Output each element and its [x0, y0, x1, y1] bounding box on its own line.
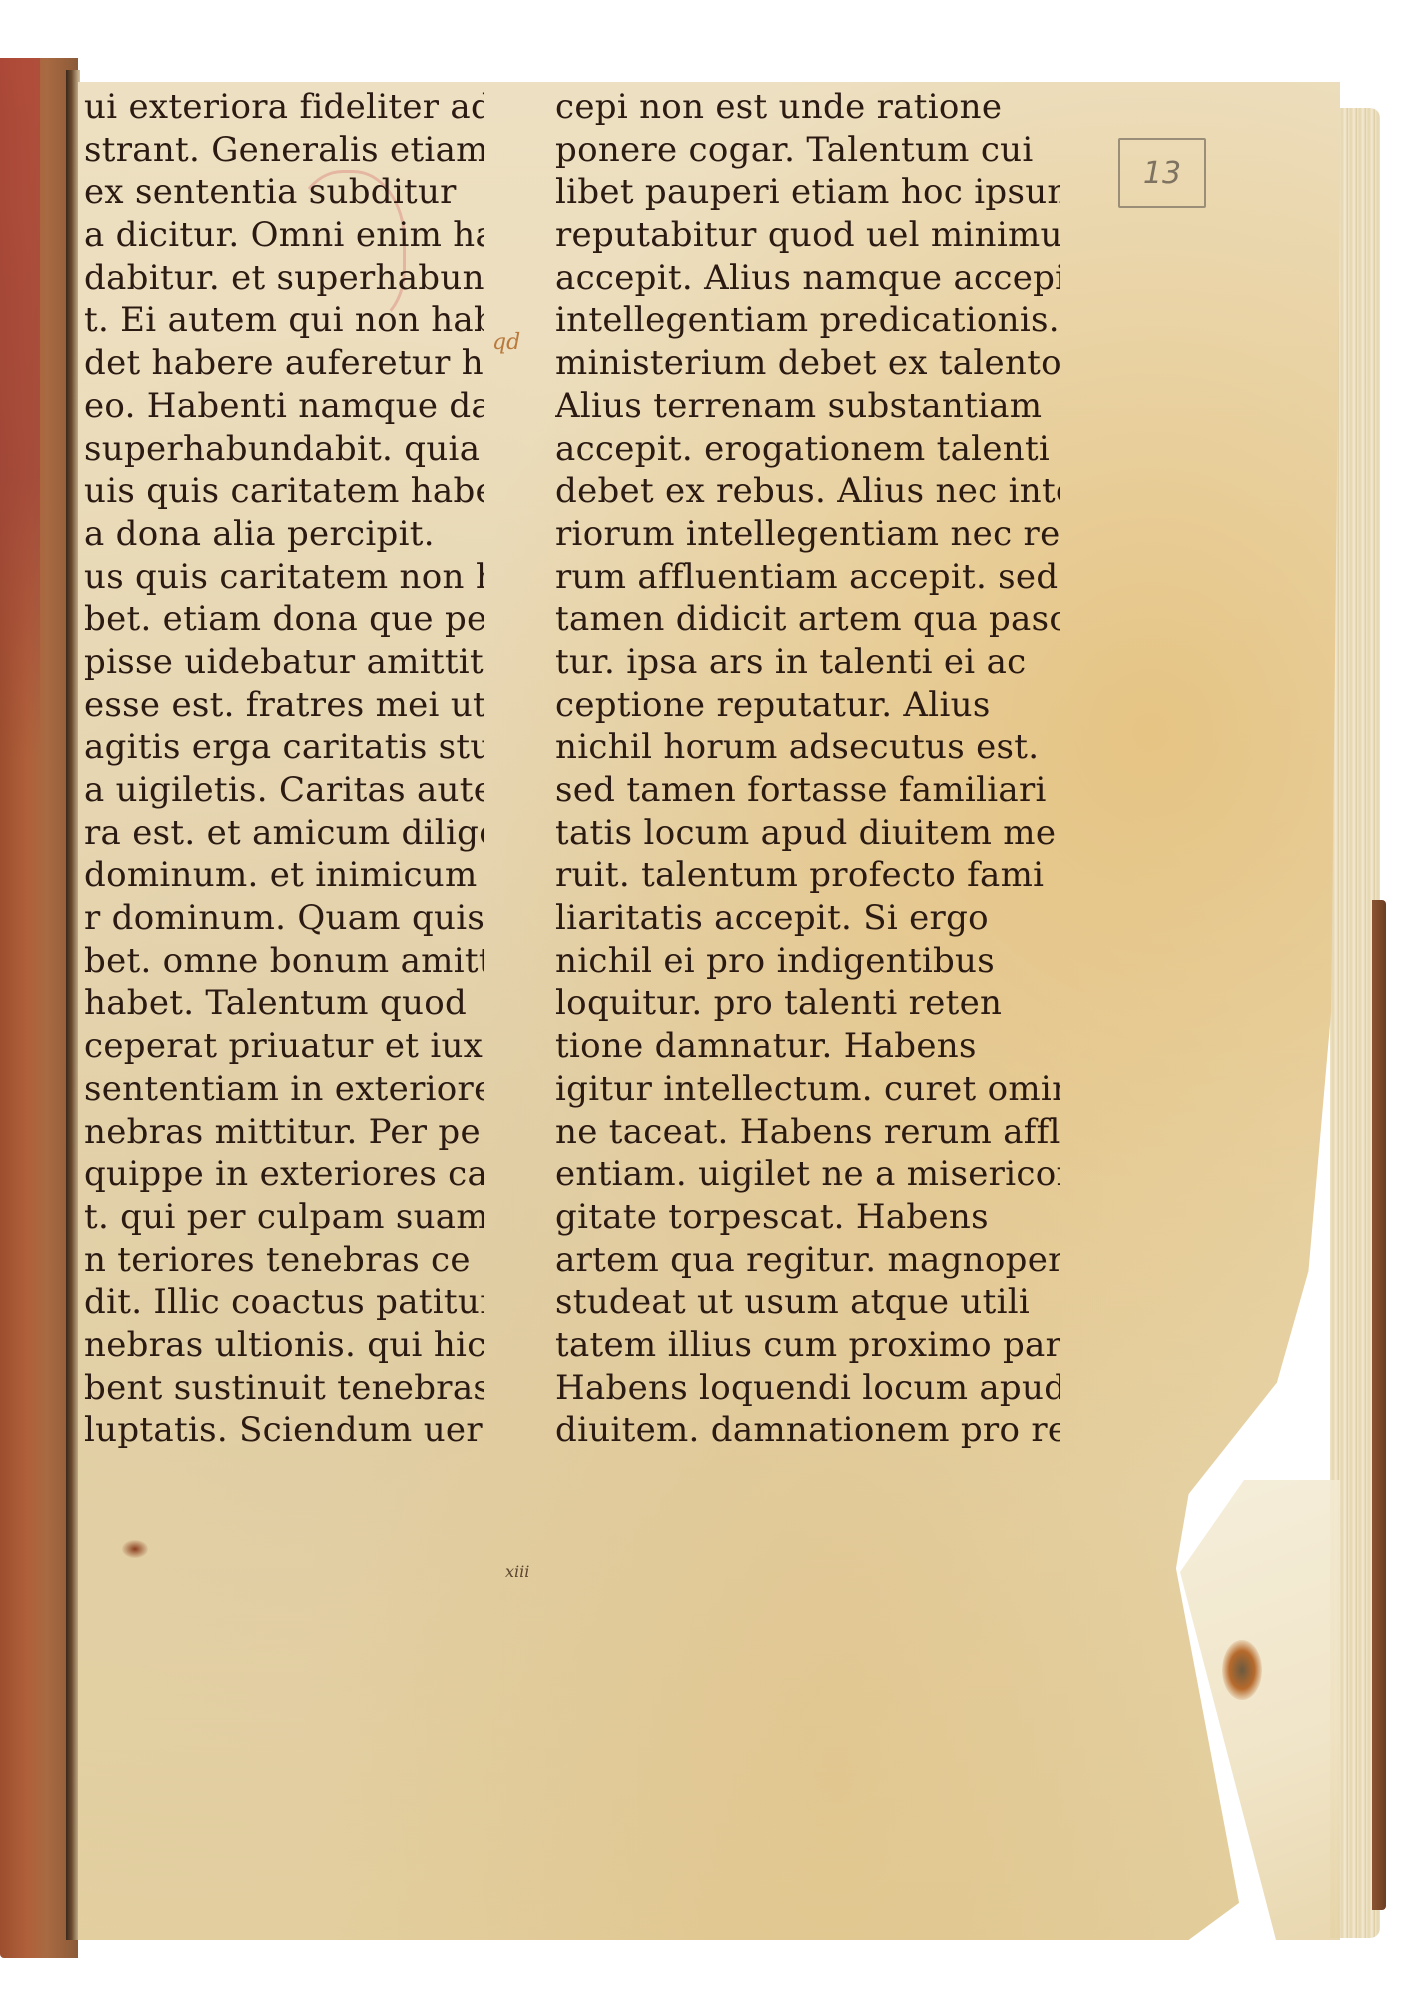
marginal-annotation: qd: [492, 330, 520, 355]
text-line: a uigiletis. Caritas autem: [84, 769, 484, 812]
text-line: a dicitur. Omni enim haben: [84, 214, 484, 257]
text-line: strant. Generalis etiam: [84, 129, 484, 172]
text-line: t. qui per culpam suam sponte: [84, 1196, 484, 1239]
text-line: Habens loquendi locum apud: [555, 1367, 1060, 1410]
stain-mark-left: [122, 1540, 148, 1558]
text-line: quippe in exteriores ca: [84, 1153, 484, 1196]
catchword-quire-mark: xiii: [505, 1562, 529, 1581]
text-line: liaritatis accepit. Si ergo: [555, 897, 1060, 940]
text-line: ceperat priuatur et iuxta domini: [84, 1025, 484, 1068]
text-line: debet ex rebus. Alius nec inte: [555, 470, 1060, 513]
text-line: accepit. erogationem talenti: [555, 428, 1060, 471]
back-cover-board: [1372, 900, 1386, 1910]
text-line: gitate torpescat. Habens: [555, 1196, 1060, 1239]
text-line: artem qua regitur. magnopere: [555, 1239, 1060, 1282]
text-line: luptatis. Sciendum uero: [84, 1409, 484, 1452]
text-line: esse est. fratres mei ut per omne: [84, 684, 484, 727]
text-line: igitur intellectum. curet omino: [555, 1068, 1060, 1111]
text-line: sed tamen fortasse familiari: [555, 769, 1060, 812]
text-line: nichil horum adsecutus est.: [555, 726, 1060, 769]
text-line: superhabundabit. quia: [84, 428, 484, 471]
text-line: studeat ut usum atque utili: [555, 1281, 1060, 1324]
text-line: reputabitur quod uel minimum: [555, 214, 1060, 257]
text-line: cepi non est unde ratione: [555, 86, 1060, 129]
text-line: n teriores tenebras ce: [84, 1239, 484, 1282]
text-line: dominum. et inimicum diligere: [84, 854, 484, 897]
text-line: t. Ei autem qui non habet. et: [84, 299, 484, 342]
text-line: ruit. talentum profecto fami: [555, 854, 1060, 897]
text-line: tatem illius cum proximo partiatur.: [555, 1324, 1060, 1367]
text-line: uis quis caritatem habet.: [84, 470, 484, 513]
text-line: tatis locum apud diuitem me: [555, 812, 1060, 855]
binding-gutter: [66, 70, 80, 1940]
text-line: habet. Talentum quod: [84, 982, 484, 1025]
text-column-right: cepi non est unde ratione ponere cogar. …: [555, 86, 1060, 1452]
text-line: intellegentiam predicationis.: [555, 299, 1060, 342]
text-line: ceptione reputatur. Alius: [555, 684, 1060, 727]
text-line: us quis caritatem non h: [84, 556, 484, 599]
text-line: tione damnatur. Habens: [555, 1025, 1060, 1068]
text-line: a dona alia percipit.: [84, 513, 484, 556]
text-line: nichil ei pro indigentibus: [555, 940, 1060, 983]
text-line: riorum intellegentiam nec re: [555, 513, 1060, 556]
text-line: tur. ipsa ars in talenti ei ac: [555, 641, 1060, 684]
text-line: agitis erga caritatis stu: [84, 726, 484, 769]
text-line: bent sustinuit tenebras: [84, 1367, 484, 1410]
text-line: bet. etiam dona que per: [84, 598, 484, 641]
folio-number-text: 13: [1143, 156, 1181, 191]
text-line: nebras mittitur. Per pe: [84, 1111, 484, 1154]
text-line: ui exteriora fideliter admi: [84, 86, 484, 129]
text-line: libet pauperi etiam hoc ipsum: [555, 171, 1060, 214]
text-line: ne taceat. Habens rerum afflu: [555, 1111, 1060, 1154]
text-line: dit. Illic coactus patitur: [84, 1281, 484, 1324]
text-line: eo. Habenti namque dabitur: [84, 385, 484, 428]
text-line: entiam. uigilet ne a misericordie lar: [555, 1153, 1060, 1196]
text-line: ra est. et amicum diligere: [84, 812, 484, 855]
text-line: dabitur. et superhabunda: [84, 257, 484, 300]
text-line: accepit. Alius namque accepit: [555, 257, 1060, 300]
text-line: nebras ultionis. qui hic: [84, 1324, 484, 1367]
text-line: r dominum. Quam quisquis non: [84, 897, 484, 940]
text-line: ministerium debet ex talento.: [555, 342, 1060, 385]
text-column-left: ui exteriora fideliter admi strant. Gene…: [84, 86, 484, 1452]
text-line: pisse uidebatur amittit. Un: [84, 641, 484, 684]
text-line: diuitem. damnationem pro re: [555, 1409, 1060, 1452]
folio-number: 13: [1118, 138, 1206, 208]
text-line: rum affluentiam accepit. sed: [555, 556, 1060, 599]
text-line: Alius terrenam substantiam: [555, 385, 1060, 428]
text-line: det habere auferetur h: [84, 342, 484, 385]
text-line: loquitur. pro talenti reten: [555, 982, 1060, 1025]
text-line: bet. omne bonum amittit: [84, 940, 484, 983]
stain-mark: [1222, 1640, 1262, 1700]
text-line: ponere cogar. Talentum cui: [555, 129, 1060, 172]
text-line: sententiam in exteriores: [84, 1068, 484, 1111]
text-line: ex sententia subditur: [84, 171, 484, 214]
text-line: tamen didicit artem qua pasci: [555, 598, 1060, 641]
